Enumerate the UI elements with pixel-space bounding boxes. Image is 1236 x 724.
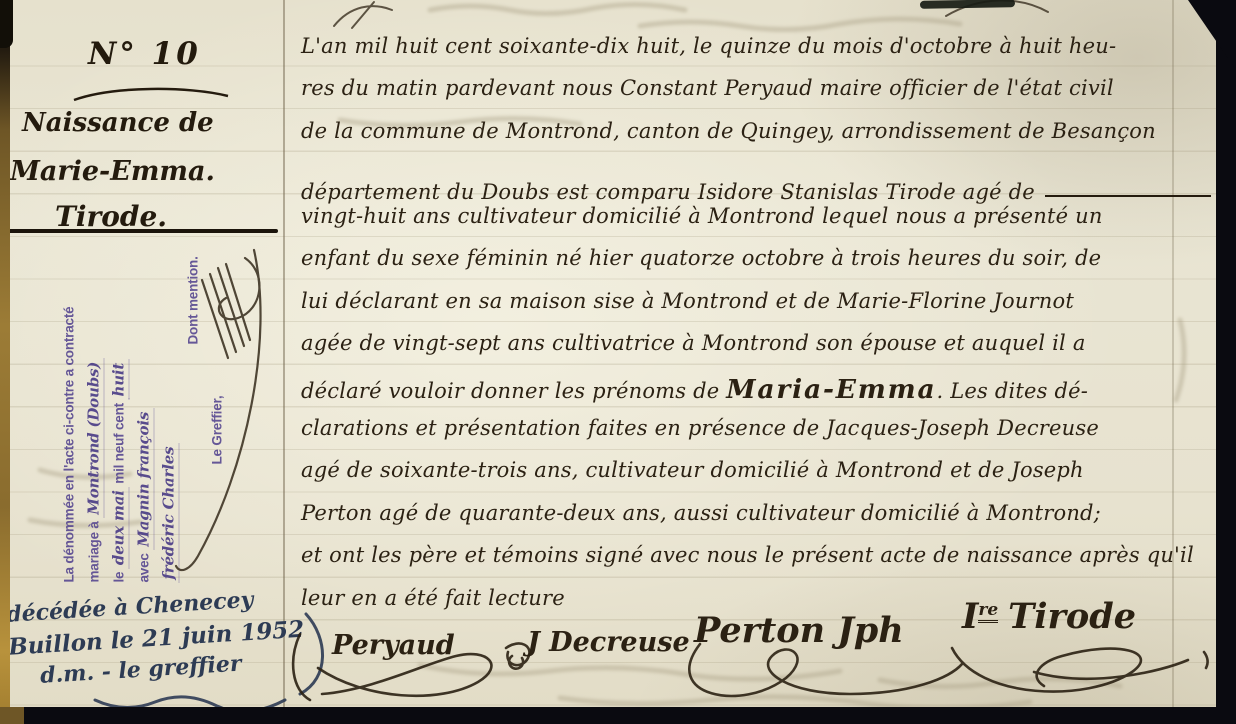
signature-perton: Perton Jph: [694, 610, 904, 651]
signature-tirode: IreTirode: [962, 596, 1136, 637]
stamp-line-3-handwritten-1: deux mai: [110, 487, 130, 568]
stamp-line-2-printed: mariage à: [87, 521, 102, 582]
body-line-12: Perton agé de quarante-deux ans, aussi c…: [301, 501, 1217, 543]
margin-title-naissance: Naissance de: [22, 108, 214, 138]
stamp-line-3-printed-2: mil neuf cent: [112, 403, 127, 484]
signature-tirode-initial: I: [962, 596, 978, 637]
stamp-line-4-handwritten: Magnin françois: [135, 409, 155, 550]
stamp-line-3-handwritten-2: huit: [110, 360, 130, 400]
body-line-9-suffix: . Les dites dé-: [936, 379, 1088, 403]
body-line-5: vingt-huit ans cultivateur domicilié à M…: [301, 204, 1217, 246]
child-given-names: Maria-Emma: [726, 374, 936, 405]
body-line-6: enfant du sexe féminin né hier quatorze …: [301, 246, 1217, 288]
body-line-13: et ont les père et témoins signé avec no…: [301, 543, 1217, 585]
stamp-line-3: le deux mai mil neuf cent huit: [107, 243, 132, 583]
body-line-11: agé de soixante-trois ans, cultivateur d…: [301, 458, 1217, 500]
body-line-2: res du matin pardevant nous Constant Per…: [301, 76, 1217, 118]
stamp-line-6: Dont mention.: [182, 243, 206, 345]
photo-right-black-edge: [1216, 0, 1236, 724]
body-line-10: clarations et présentation faites en pré…: [301, 416, 1217, 458]
stamp-line-5-handwritten: frédéric Charles: [160, 444, 180, 583]
body-line-9-prefix: déclaré vouloir donner les prénoms de: [301, 379, 726, 403]
body-line-9: déclaré vouloir donner les prénoms de Ma…: [301, 374, 1217, 416]
photo-bottom-black-edge: [24, 707, 1236, 724]
stamp-line-1: La dénommée en l'acte ci-contre a contra…: [58, 243, 82, 583]
body-line-1: L'an mil huit cent soixante-dix huit, le…: [301, 34, 1217, 76]
body-line-4: département du Doubs est comparu Isidore…: [301, 161, 1217, 203]
stamp-line-4-printed: avec: [137, 553, 152, 582]
stamp-line-2-handwritten: Montrond (Doubs): [85, 359, 105, 518]
stamp-line-5: frédéric Charles: [157, 243, 182, 583]
signature-decreuse: J Decreuse: [527, 627, 690, 658]
page-corner-shadow: [0, 0, 13, 48]
stamp-line-7: Le Greffier,: [206, 243, 230, 465]
stamp-line-2: mariage à Montrond (Doubs): [82, 243, 107, 583]
stamp-line-3-printed-1: le: [112, 572, 127, 583]
margin-divider-line: [0, 229, 278, 233]
body-line-3: de la commune de Montrond, canton de Qui…: [301, 119, 1217, 161]
marriage-mention-stamp: La dénommée en l'acte ci-contre a contra…: [58, 243, 233, 583]
body-line-4-text: département du Doubs est comparu Isidore…: [301, 180, 1035, 204]
signature-peryaud: Peryaud: [332, 630, 455, 661]
stamp-line-4: avec Magnin françois: [132, 243, 157, 583]
act-body-text: L'an mil huit cent soixante-dix huit, le…: [301, 34, 1217, 628]
signature-tirode-superscript: re: [978, 600, 998, 623]
page-left-edge: [0, 0, 10, 724]
act-number: N° 10: [88, 36, 201, 72]
signature-tirode-surname: Tirode: [1008, 596, 1136, 637]
page-bottom-left-edge: [0, 707, 24, 724]
body-line-7: lui déclarant en sa maison sise à Montro…: [301, 289, 1217, 331]
body-line-8: agée de vingt-sept ans cultivatrice à Mo…: [301, 331, 1217, 373]
margin-title-name: Marie-Emma.: [10, 156, 215, 187]
scanned-birth-record: N° 10 Naissance de Marie-Emma. Tirode. L…: [0, 0, 1236, 724]
